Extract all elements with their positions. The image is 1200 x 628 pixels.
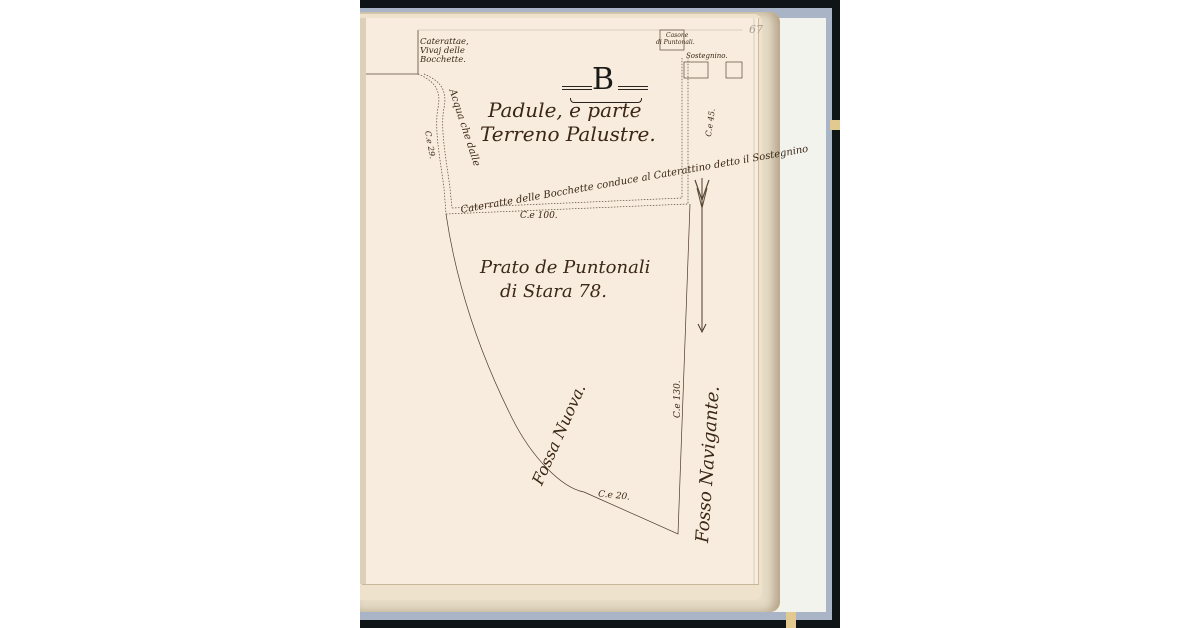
measure-padule-bottom: C.e 100. xyxy=(520,212,558,221)
folder-tab xyxy=(830,120,840,130)
label-prato: Prato de Puntonali di Stara 78. xyxy=(480,256,650,304)
arrow-icon xyxy=(696,178,708,334)
plate-letter: B xyxy=(592,62,614,97)
label-sostegnino: Sostegnino. xyxy=(686,52,728,61)
measure-east: C.e 130. xyxy=(674,380,683,418)
scan-viewport: 67 B Caterattae, Vivaj delle Bocchette. … xyxy=(360,0,840,628)
folder-tab xyxy=(786,612,796,628)
label-caterattae: Caterattae, Vivaj delle Bocchette. xyxy=(420,38,469,65)
manuscript-page: 67 B Caterattae, Vivaj delle Bocchette. … xyxy=(362,18,759,585)
label-padule: Padule, e parte Terreno Palustre. xyxy=(488,98,656,146)
binding-strip xyxy=(360,18,366,584)
label-casone: Casone di Puntonali. xyxy=(662,32,695,46)
page-number: 67 xyxy=(749,23,763,36)
